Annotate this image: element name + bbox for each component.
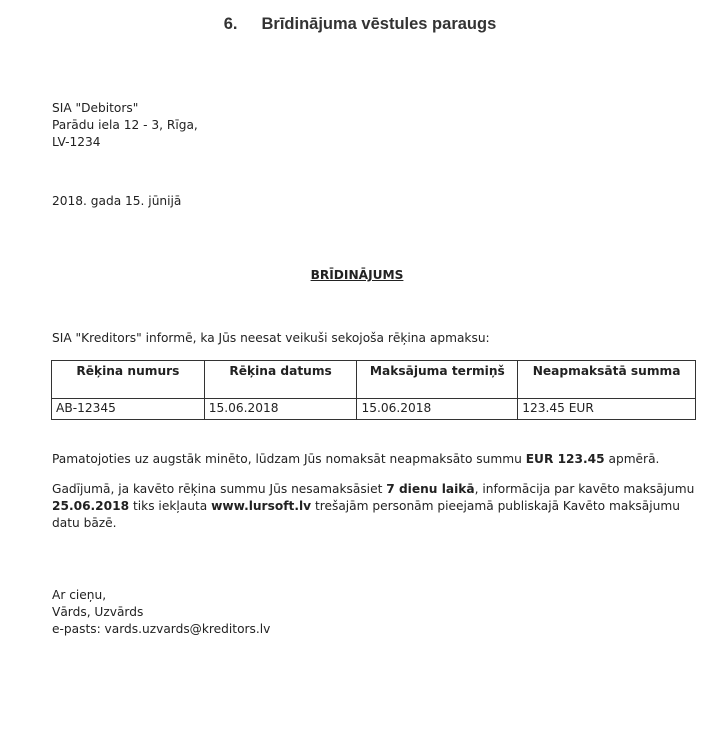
letter-date: 2018. gada 15. jūnijā xyxy=(52,193,181,210)
cell-unpaid-amount: 123.45 EUR xyxy=(518,399,696,420)
cell-payment-term: 15.06.2018 xyxy=(357,399,518,420)
closing: Ar cieņu, xyxy=(52,587,270,604)
signature-block: Ar cieņu, Vārds, Uzvārds e-pasts: vards.… xyxy=(52,587,270,638)
text: apmērā. xyxy=(605,452,660,466)
text: tiks iekļauta xyxy=(129,499,211,513)
header-invoice-date: Rēķina datums xyxy=(204,361,357,399)
header-unpaid-amount: Neapmaksātā summa xyxy=(518,361,696,399)
recipient-street: Parādu iela 12 - 3, Rīga, xyxy=(52,117,198,134)
signer-name: Vārds, Uzvārds xyxy=(52,604,270,621)
table-row: AB-12345 15.06.2018 15.06.2018 123.45 EU… xyxy=(52,399,696,420)
table-header-row: Rēķina numurs Rēķina datums Maksājuma te… xyxy=(52,361,696,399)
payment-term-days: 7 dienu laikā xyxy=(386,482,474,496)
text: , informācija par kavēto maksājumu xyxy=(475,482,695,496)
deadline-date: 25.06.2018 xyxy=(52,499,129,513)
invoice-table: Rēķina numurs Rēķina datums Maksājuma te… xyxy=(51,360,696,420)
warning-title: BRĪDINĀJUMS xyxy=(0,268,714,282)
text: Gadījumā, ja kavēto rēķina summu Jūs nes… xyxy=(52,482,386,496)
amount-due: EUR 123.45 xyxy=(526,452,605,466)
payment-request-paragraph: Pamatojoties uz augstāk minēto, lūdzam J… xyxy=(52,451,659,468)
recipient-name: SIA "Debitors" xyxy=(52,100,198,117)
section-title: Brīdinājuma vēstules paraugs xyxy=(262,15,497,33)
cell-invoice-number: AB-12345 xyxy=(52,399,205,420)
section-number: 6. xyxy=(224,15,238,33)
text: Pamatojoties uz augstāk minēto, lūdzam J… xyxy=(52,452,526,466)
header-payment-term: Maksājuma termiņš xyxy=(357,361,518,399)
recipient-address: SIA "Debitors" Parādu iela 12 - 3, Rīga,… xyxy=(52,100,198,151)
signer-email: e-pasts: vards.uzvards@kreditors.lv xyxy=(52,621,270,638)
cell-invoice-date: 15.06.2018 xyxy=(204,399,357,420)
intro-text: SIA "Kreditors" informē, ka Jūs neesat v… xyxy=(52,330,490,347)
header-invoice-number: Rēķina numurs xyxy=(52,361,205,399)
section-heading: 6.Brīdinājuma vēstules paraugs xyxy=(0,15,720,34)
consequence-paragraph: Gadījumā, ja kavēto rēķina summu Jūs nes… xyxy=(52,481,702,532)
lursoft-link: www.lursoft.lv xyxy=(211,499,311,513)
recipient-postal: LV-1234 xyxy=(52,134,198,151)
